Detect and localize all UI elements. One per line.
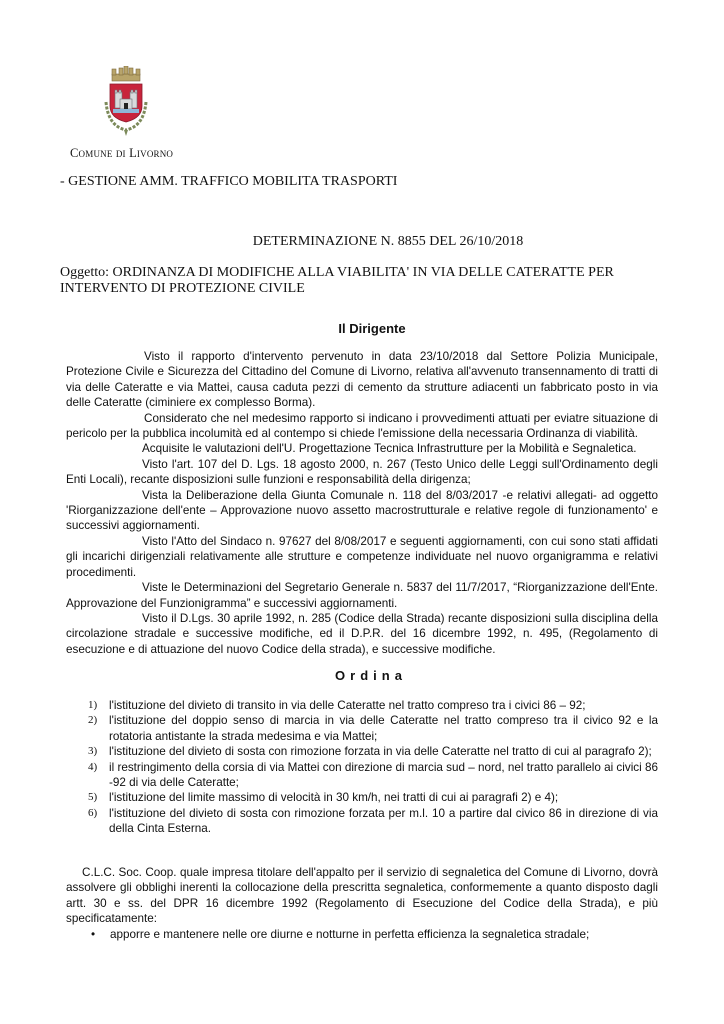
comune-label: Comune di Livorno <box>70 146 173 161</box>
item-text: l'istituzione del divieto di sosta con r… <box>109 807 658 835</box>
item-number: 2) <box>88 713 97 728</box>
item-number: 5) <box>88 790 97 805</box>
item-text: apporre e mantenere nelle ore diurne e n… <box>110 928 589 941</box>
list-item: 5)l'istituzione del limite massimo di ve… <box>88 790 658 805</box>
department-title: - GESTIONE AMM. TRAFFICO MOBILITA TRASPO… <box>60 174 397 190</box>
coat-of-arms-livorno-icon <box>98 66 154 142</box>
list-item: •apporre e mantenere nelle ore diurne e … <box>88 927 658 942</box>
premessa-paragraph: Vista la Deliberazione della Giunta Comu… <box>66 488 658 534</box>
item-text: l'istituzione del doppio senso di marcia… <box>109 714 658 742</box>
item-number: 3) <box>88 744 97 759</box>
premessa-paragraph: Acquisite le valutazioni dell'U. Progett… <box>66 441 658 456</box>
item-text: il restringimento della corsia di via Ma… <box>109 761 658 789</box>
premessa-paragraph: Viste le Determinazioni del Segretario G… <box>66 580 658 611</box>
clc-section: C.L.C. Soc. Coop. quale impresa titolare… <box>66 865 658 927</box>
ordini-list: 1)l'istituzione del divieto di transito … <box>88 698 658 837</box>
list-item: 4)il restringimento della corsia di via … <box>88 760 658 791</box>
item-number: 1) <box>88 698 97 713</box>
premessa-paragraph: Considerato che nel medesimo rapporto si… <box>66 411 658 442</box>
bullet-icon: • <box>91 927 95 942</box>
item-text: l'istituzione del divieto di sosta con r… <box>109 745 652 758</box>
premesse-section: Visto il rapporto d'intervento pervenuto… <box>66 349 658 657</box>
premessa-paragraph: Visto il rapporto d'intervento pervenuto… <box>66 349 658 411</box>
item-text: l'istituzione del limite massimo di velo… <box>109 791 558 804</box>
premessa-paragraph: Visto il D.Lgs. 30 aprile 1992, n. 285 (… <box>66 611 658 657</box>
list-item: 6)l'istituzione del divieto di sosta con… <box>88 806 658 837</box>
list-item: 3)l'istituzione del divieto di sosta con… <box>88 744 658 759</box>
list-item: 1)l'istituzione del divieto di transito … <box>88 698 658 713</box>
item-number: 4) <box>88 760 97 775</box>
oggetto-subject: Oggetto: ORDINANZA DI MODIFICHE ALLA VIA… <box>60 265 660 297</box>
list-item: 2)l'istituzione del doppio senso di marc… <box>88 713 658 744</box>
determinazione-number: DETERMINAZIONE N. 8855 DEL 26/10/2018 <box>0 234 724 250</box>
premessa-paragraph: Visto l'art. 107 del D. Lgs. 18 agosto 2… <box>66 457 658 488</box>
premessa-paragraph: Visto l'Atto del Sindaco n. 97627 del 8/… <box>66 534 658 580</box>
item-number: 6) <box>88 806 97 821</box>
dirigente-heading: Il Dirigente <box>0 321 724 336</box>
obligations-list: •apporre e mantenere nelle ore diurne e … <box>88 927 658 942</box>
ordina-heading: Ordina <box>0 668 724 683</box>
item-text: l'istituzione del divieto di transito in… <box>109 699 585 712</box>
clc-paragraph: C.L.C. Soc. Coop. quale impresa titolare… <box>66 865 658 927</box>
